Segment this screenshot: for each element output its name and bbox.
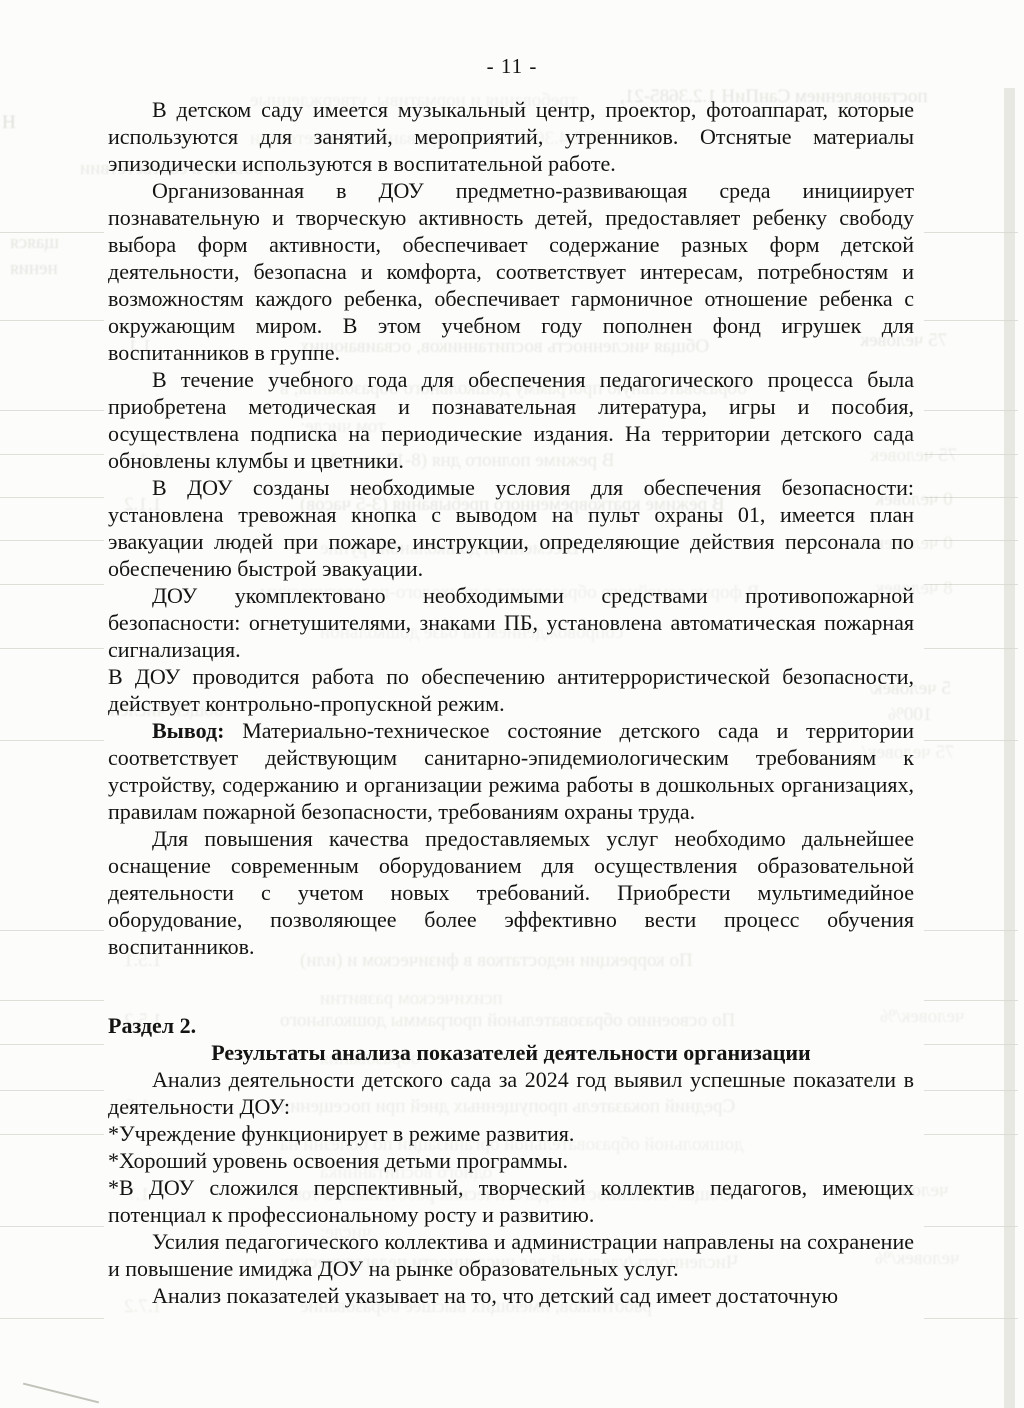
bullet-program-level: *Хороший уровень освоения детьми програм… [108,1147,914,1174]
section2-title: Результаты анализа показателей деятельно… [108,1039,914,1066]
bleed-through-line [0,1090,104,1091]
paragraph-conclusion: Вывод: Материально-техническое состояние… [108,717,914,825]
paragraph-literature: В течение учебного года для обеспечения … [108,366,914,474]
bullet-staff: *В ДОУ сложился перспективный, творчески… [108,1174,914,1228]
bleed-through-line [0,740,104,741]
document-body: В детском саду имеется музыкальный центр… [108,96,914,1309]
conclusion-text: Материально-техническое состояние детско… [108,718,914,824]
paragraph-fire-safety: ДОУ укомплектовано необходимыми средства… [108,582,914,663]
paragraph-indicators: Анализ показателей указывает на то, что … [108,1282,914,1309]
bleed-through-line [0,320,104,321]
conclusion-label: Вывод: [152,718,224,743]
bleed-through-line [0,648,104,649]
page-number: - 11 - [0,54,1024,79]
paragraph-environment: Организованная в ДОУ предметно-развивающ… [108,177,914,366]
bleed-through-text: нения [10,258,58,280]
paragraph-antiterror: В ДОУ проводится работа по обеспечению а… [108,663,914,717]
bleed-through-line [0,497,104,498]
bleed-through-line [0,1134,104,1135]
bleed-through-line [0,454,104,455]
paragraph-improvement: Для повышения качества предоставляемых у… [108,825,914,960]
bullet-development-mode: *Учреждение функционирует в режиме разви… [108,1120,914,1147]
bleed-through-line [0,1044,104,1045]
paragraph-efforts: Усилия педагогического коллектива и адми… [108,1228,914,1282]
bleed-through-line [0,410,104,411]
bleed-through-line [0,1318,104,1319]
bleed-through-text: щаяся [10,232,59,254]
scanned-document-page: постановлением СанПиН 1.2.3685-21,требов… [0,0,1024,1408]
paragraph-safety: В ДОУ созданы необходимые условия для об… [108,474,914,582]
bleed-through-line [0,584,104,585]
paragraph-equipment: В детском саду имеется музыкальный центр… [108,96,914,177]
page-edge-shadow [1004,88,1015,1408]
bleed-through-line [0,540,104,541]
bleed-through-text: Н [2,112,16,134]
bleed-through-line [0,1000,104,1001]
paragraph-analysis-intro: Анализ деятельности детского сада за 202… [108,1066,914,1120]
bleed-through-line [0,930,104,931]
bleed-through-line [0,232,104,233]
section2-label: Раздел 2. [108,1012,914,1039]
bleed-through-line [0,1226,104,1227]
